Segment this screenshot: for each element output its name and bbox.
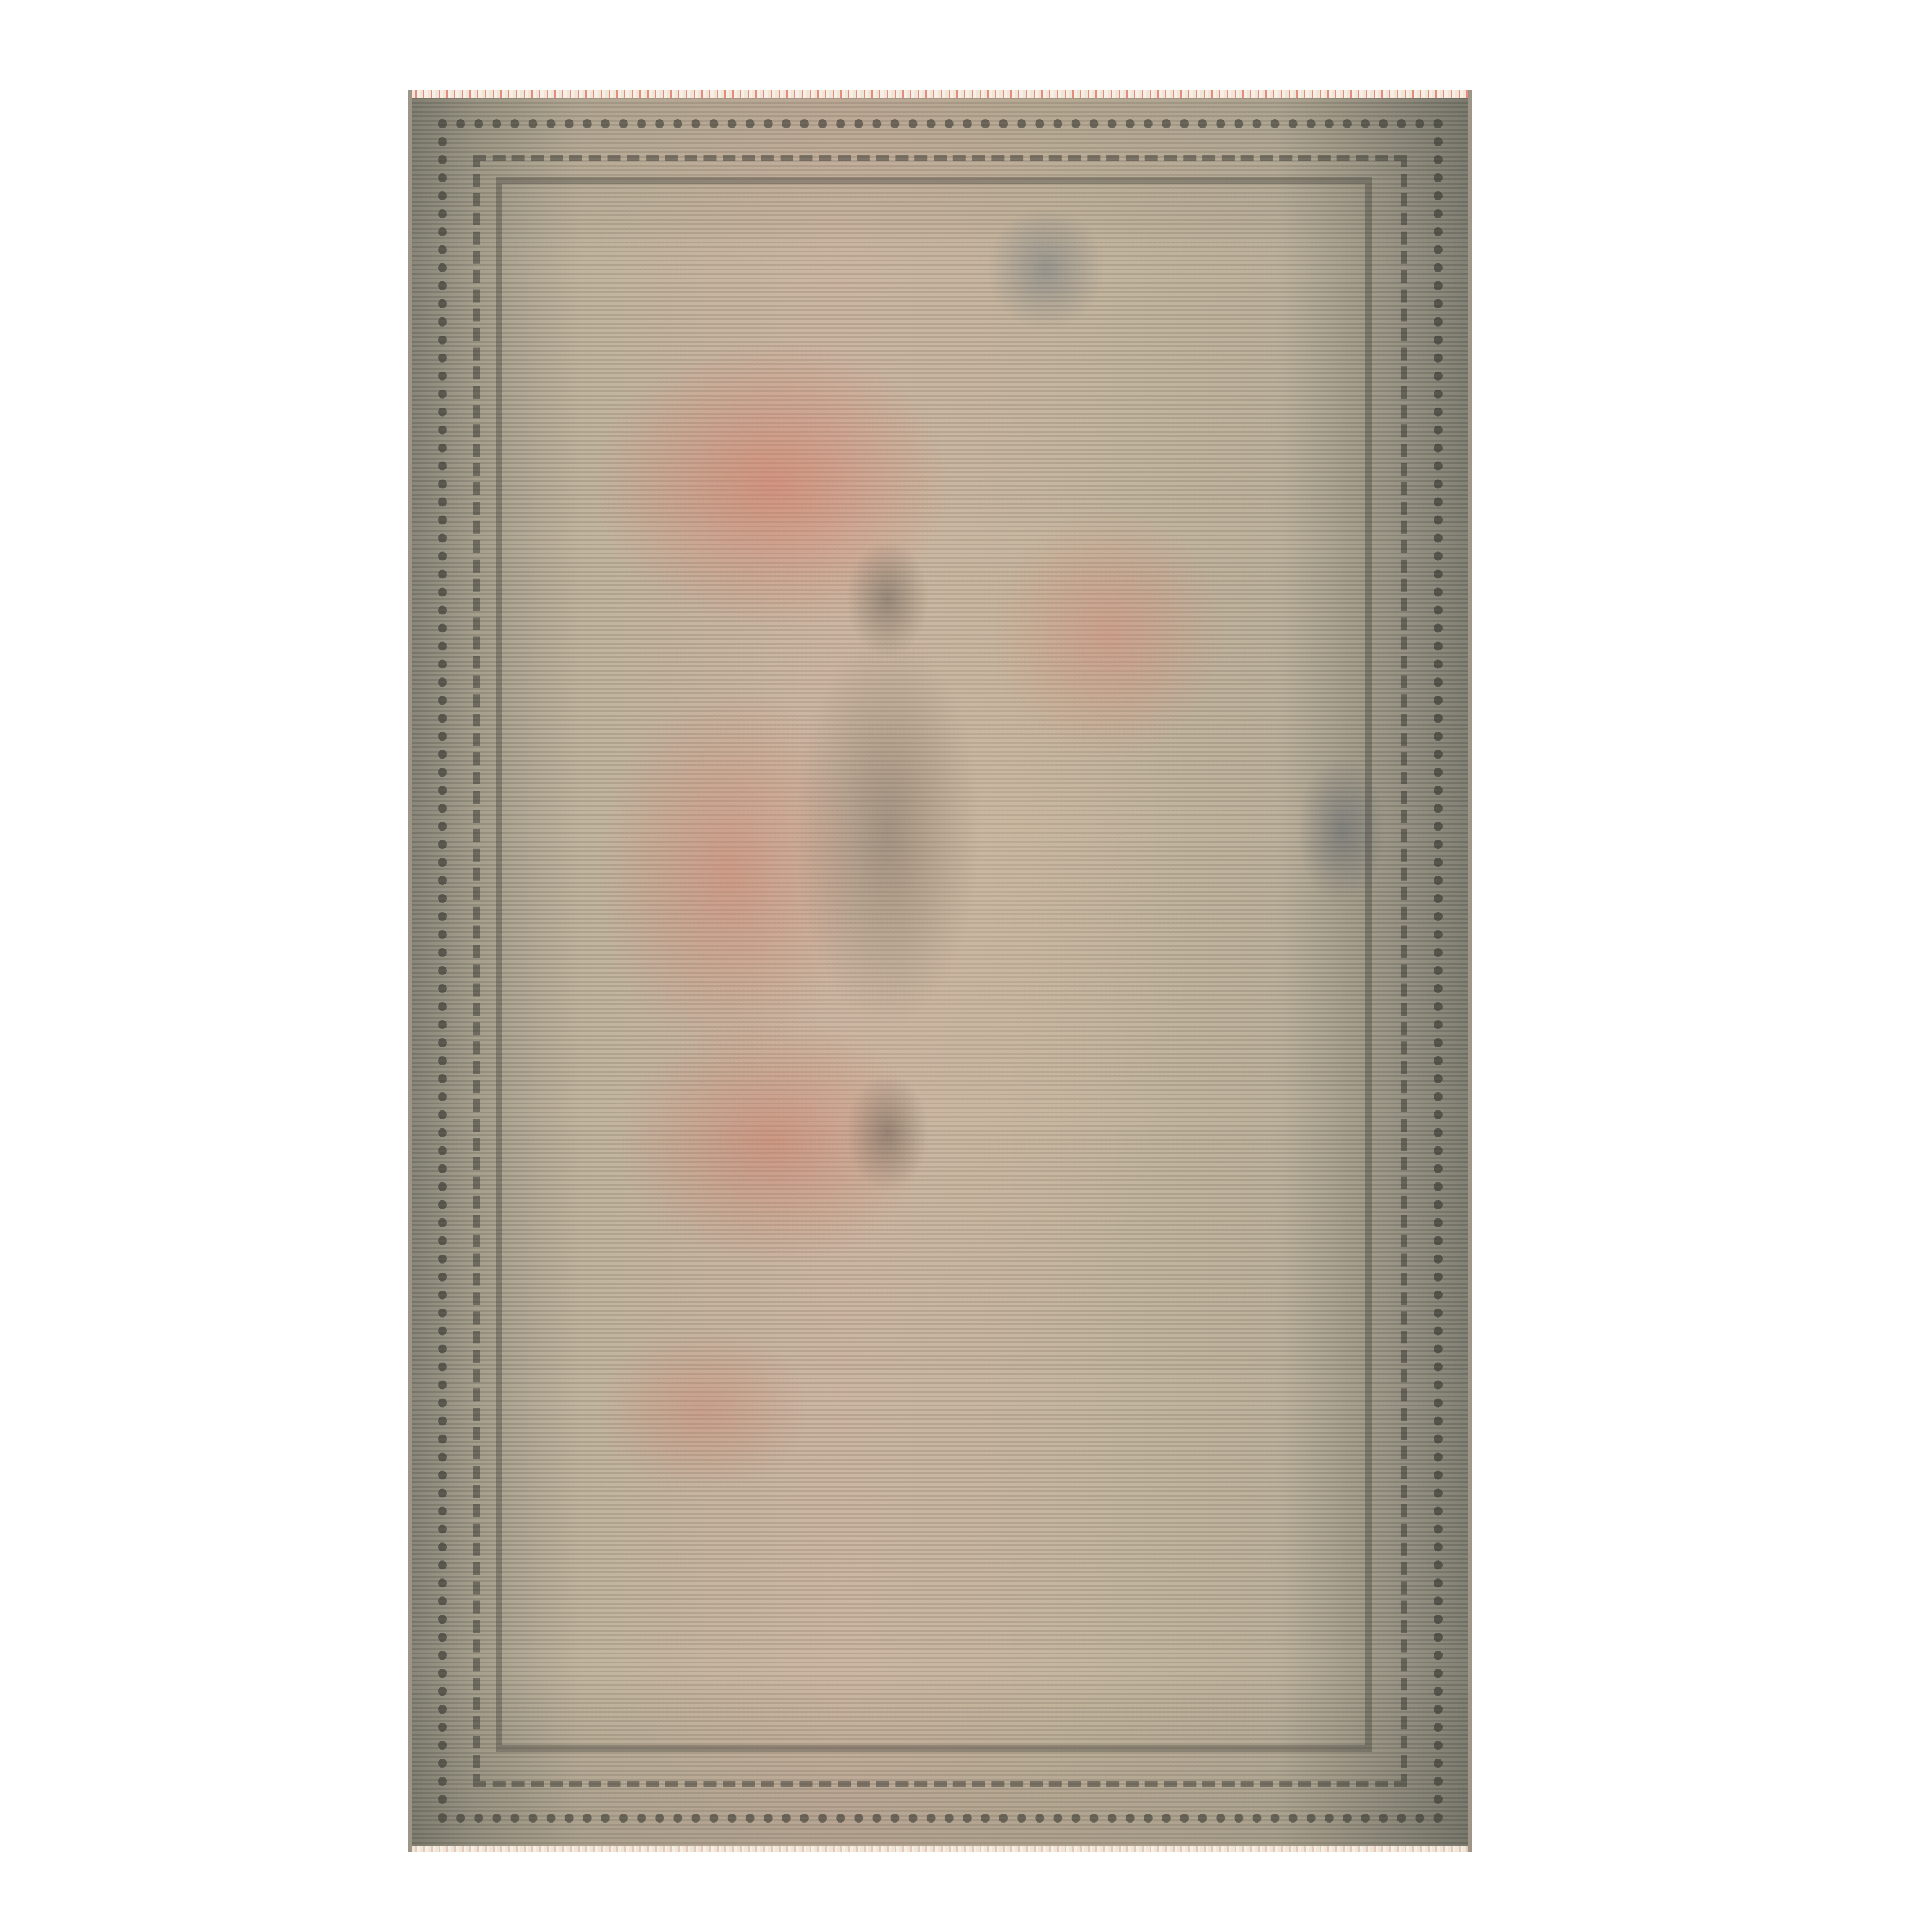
rug: [412, 93, 1468, 1848]
rug-bottom-fringe: [412, 1846, 1468, 1852]
rug-top-fringe: [412, 90, 1468, 98]
rug-wear-patches: [412, 93, 1468, 1848]
